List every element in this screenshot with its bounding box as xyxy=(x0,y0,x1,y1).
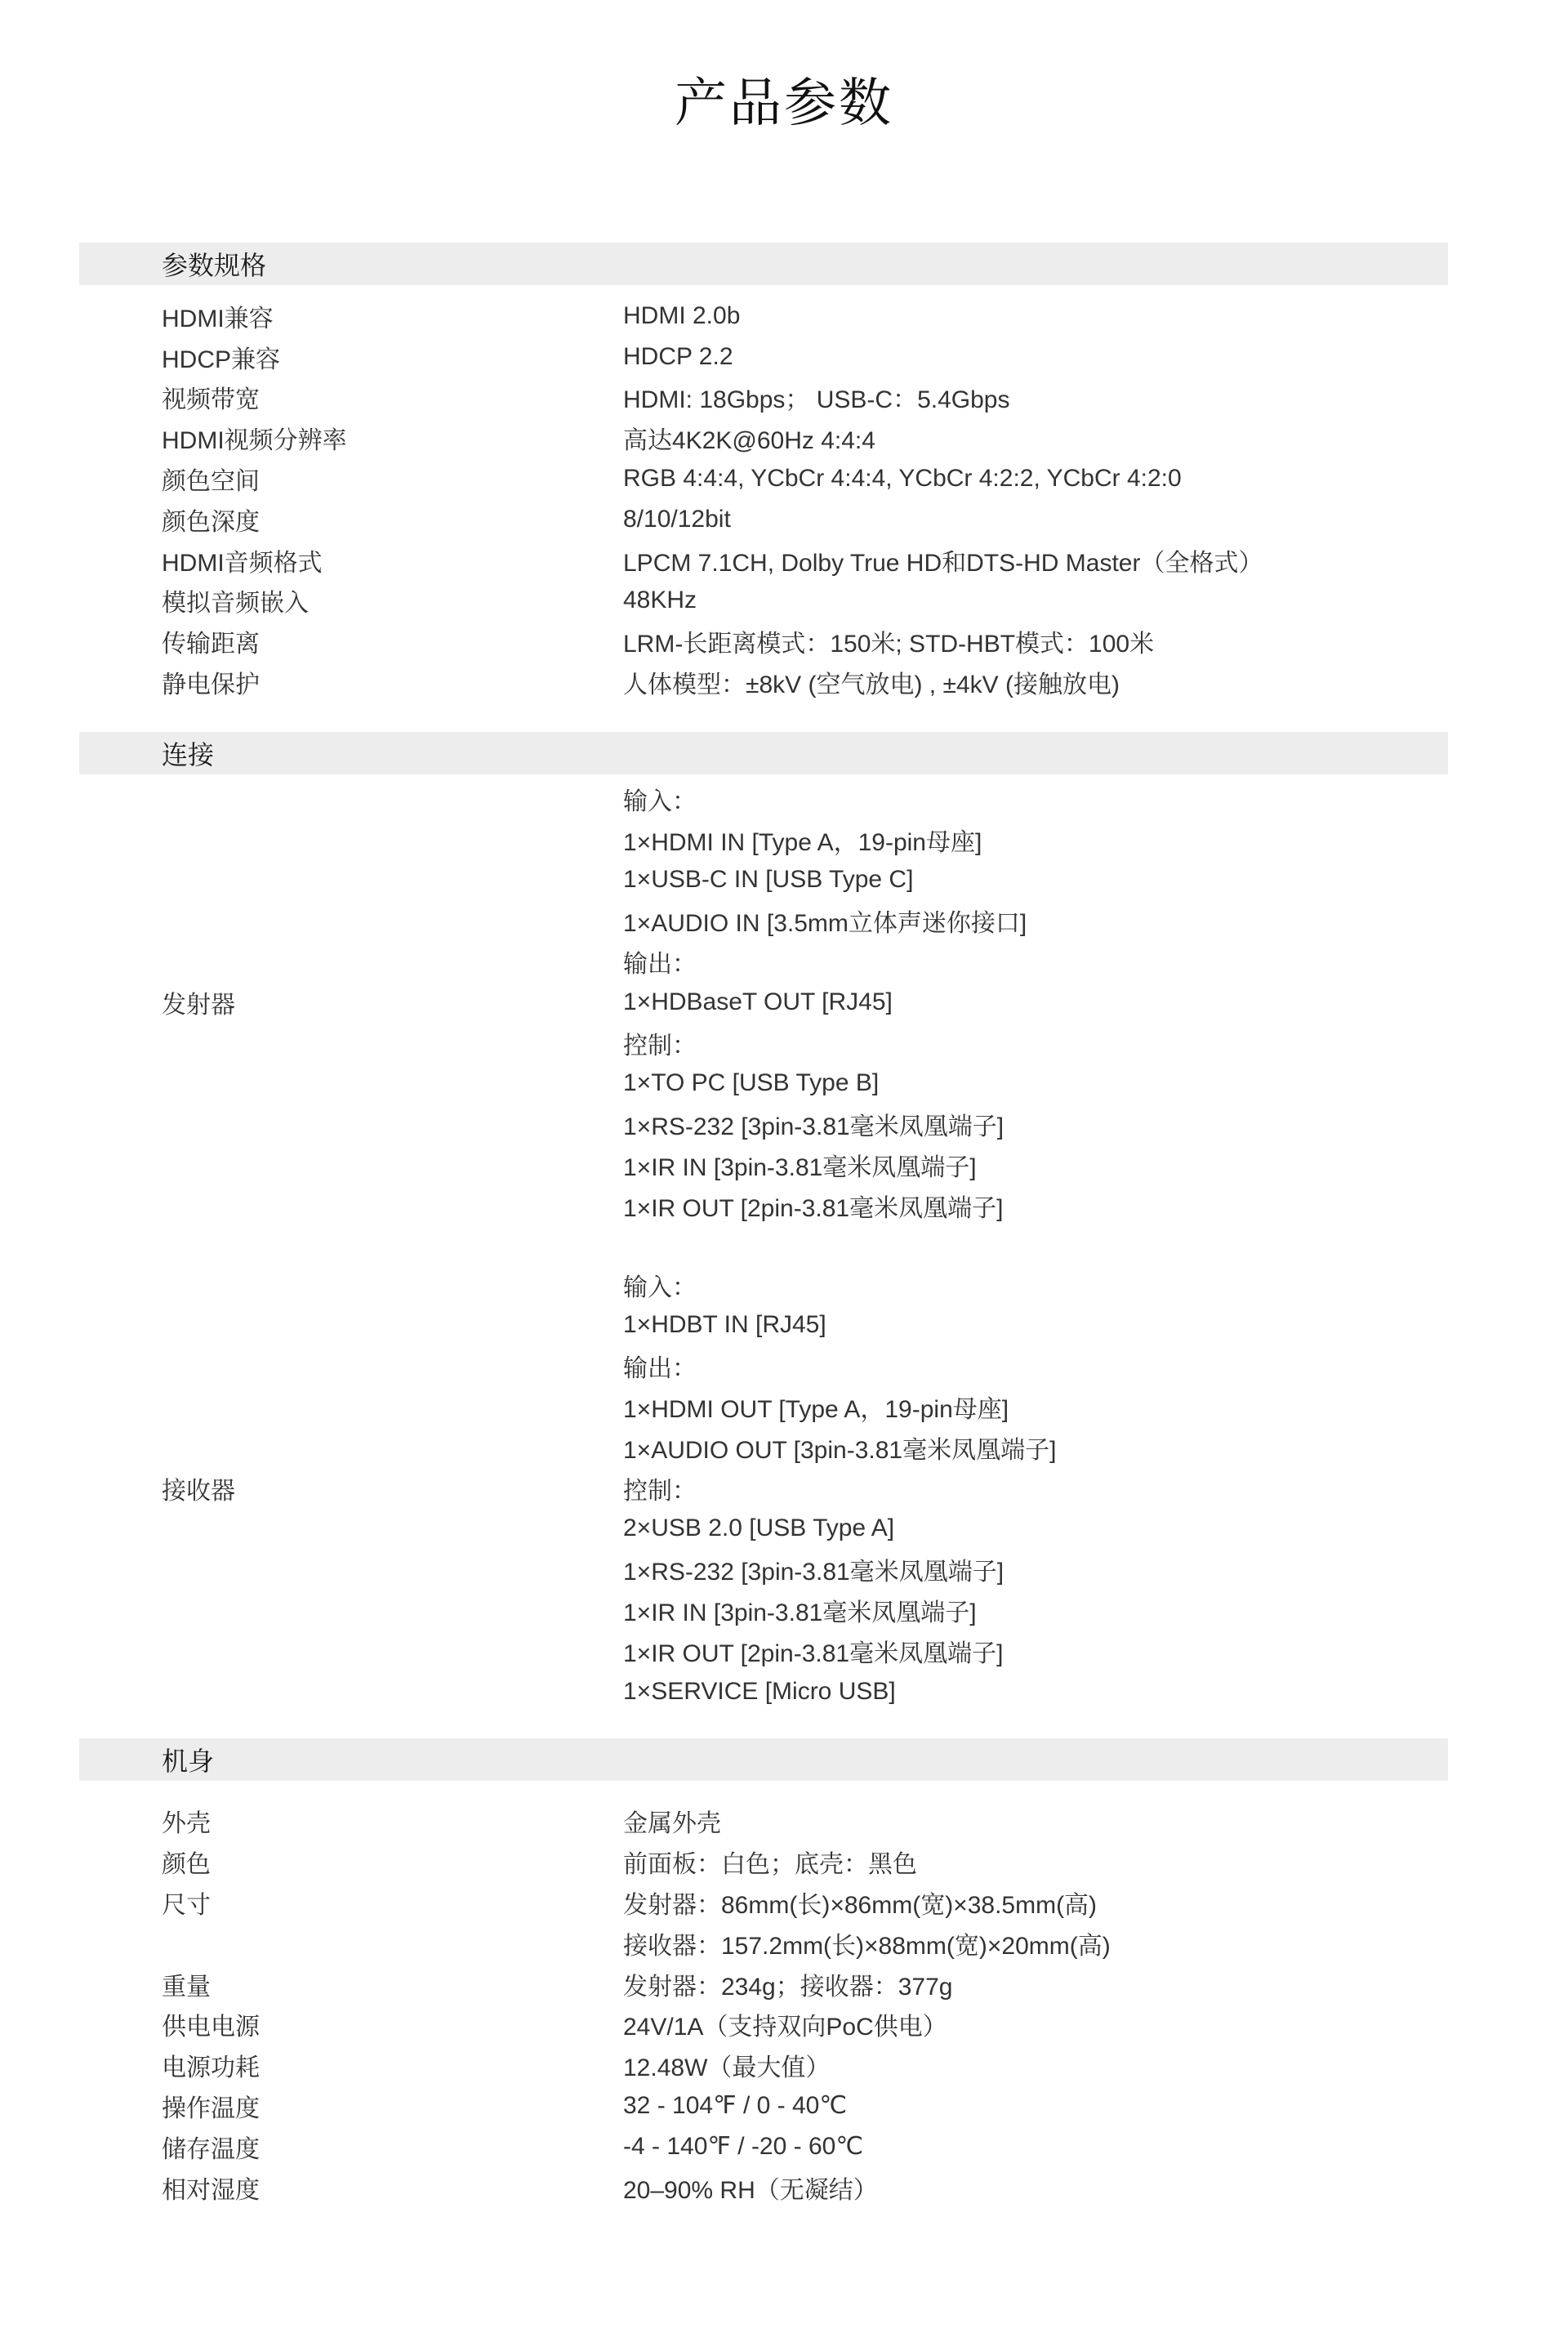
spec-value-group: HDMI: 18Gbps； USB-C：5.4Gbps xyxy=(623,377,1009,418)
spec-value-group: 20–90% RH（无凝结） xyxy=(623,2167,878,2208)
spec-label: 视频带宽 xyxy=(162,377,623,418)
section-header-label: 参数规格 xyxy=(162,245,266,283)
spec-value: HDMI 2.0b xyxy=(623,296,740,337)
spec-row: 尺寸 发射器：86mm(长)×86mm(宽)×38.5mm(高)接收器：157.… xyxy=(79,1882,1448,1964)
conn-item: 1×HDBT IN [RJ45] xyxy=(623,1305,1056,1346)
conn-item: 1×HDMI OUT [Type A，19-pin母座] xyxy=(623,1386,1056,1427)
spec-label: 外壳 xyxy=(162,1801,623,1842)
spec-value: HDCP 2.2 xyxy=(623,337,733,377)
spec-value: 接收器：157.2mm(长)×88mm(宽)×20mm(高) xyxy=(623,1923,1111,1964)
spec-value-group: 24V/1A（支持双向PoC供电） xyxy=(623,2004,947,2045)
product-parameters-page: 产品参数 参数规格 HDMI兼容 HDMI 2.0b HDCP兼容 HDCP 2… xyxy=(0,0,1568,2207)
spec-row: 传输距离 LRM-长距离模式：150米; STD-HBT模式：100米 xyxy=(79,621,1448,662)
conn-item: 输入： xyxy=(623,1265,1056,1305)
conn-item: 1×AUDIO IN [3.5mm立体声迷你接口] xyxy=(623,900,1027,941)
conn-block: 发射器 输入：1×HDMI IN [Type A，19-pin母座]1×USB-… xyxy=(79,778,1448,1226)
spec-value-group: 人体模型：±8kV (空气放电) , ±4kV (接触放电) xyxy=(623,662,1120,703)
conn-item: 控制： xyxy=(623,1023,1027,1064)
conn-item: 2×USB 2.0 [USB Type A] xyxy=(623,1509,1056,1550)
conn-item: 输出： xyxy=(623,941,1027,982)
spec-value: LPCM 7.1CH, Dolby True HD和DTS-HD Master（… xyxy=(623,540,1263,581)
spec-label: 尺寸 xyxy=(162,1882,623,1923)
spec-row: 颜色 前面板：白色；底壳：黑色 xyxy=(79,1841,1448,1882)
spec-row: 储存温度 -4 - 140℉ / -20 - 60℃ xyxy=(79,2126,1448,2167)
spec-label: 传输距离 xyxy=(162,621,623,662)
spec-value-group: 高达4K2K@60Hz 4:4:4 xyxy=(623,417,875,458)
section-header-label: 连接 xyxy=(162,734,214,772)
spec-value-group: 金属外壳 xyxy=(623,1801,721,1842)
spec-row: 颜色空间 RGB 4:4:4, YCbCr 4:4:4, YCbCr 4:2:2… xyxy=(79,458,1448,499)
spec-label: 颜色 xyxy=(162,1841,623,1882)
spec-label: 颜色深度 xyxy=(162,499,623,540)
conn-items: 输入：1×HDBT IN [RJ45]输出：1×HDMI OUT [Type A… xyxy=(623,1265,1056,1712)
spec-value-group: RGB 4:4:4, YCbCr 4:4:4, YCbCr 4:2:2, YCb… xyxy=(623,458,1182,499)
conn-item: 1×RS-232 [3pin-3.81毫米凤凰端子] xyxy=(623,1104,1027,1144)
conn-item: 1×HDBaseT OUT [RJ45] xyxy=(623,982,1027,1023)
spec-value: 发射器：86mm(长)×86mm(宽)×38.5mm(高) xyxy=(623,1882,1111,1923)
spec-value: 32 - 104℉ / 0 - 40℃ xyxy=(623,2086,847,2126)
conn-item: 1×RS-232 [3pin-3.81毫米凤凰端子] xyxy=(623,1549,1056,1590)
spec-value-group: 48KHz xyxy=(623,581,697,622)
spec-row: HDMI视频分辨率 高达4K2K@60Hz 4:4:4 xyxy=(79,417,1448,458)
spec-label: HDMI音频格式 xyxy=(162,540,623,581)
spec-value: 发射器：234g；接收器：377g xyxy=(623,1964,952,2005)
conn-item: 1×IR OUT [2pin-3.81毫米凤凰端子] xyxy=(623,1185,1027,1226)
spec-row: 电源功耗 12.48W（最大值） xyxy=(79,2045,1448,2086)
conn-item: 1×USB-C IN [USB Type C] xyxy=(623,860,1027,901)
spec-value-group: 12.48W（最大值） xyxy=(623,2045,830,2086)
conn-block: 接收器 输入：1×HDBT IN [RJ45]输出：1×HDMI OUT [Ty… xyxy=(79,1265,1448,1712)
spec-row: 操作温度 32 - 104℉ / 0 - 40℃ xyxy=(79,2086,1448,2126)
spec-label: HDMI视频分辨率 xyxy=(162,417,623,458)
specs-rows: HDMI兼容 HDMI 2.0b HDCP兼容 HDCP 2.2 视频带宽 HD… xyxy=(79,285,1448,703)
spec-value-group: -4 - 140℉ / -20 - 60℃ xyxy=(623,2126,863,2167)
spec-row: 相对湿度 20–90% RH（无凝结） xyxy=(79,2167,1448,2208)
conn-block-label: 发射器 xyxy=(162,984,623,1020)
spec-label: HDMI兼容 xyxy=(162,296,623,337)
spec-row: 供电电源 24V/1A（支持双向PoC供电） xyxy=(79,2004,1448,2045)
conn-item: 1×IR OUT [2pin-3.81毫米凤凰端子] xyxy=(623,1631,1056,1671)
spec-value-group: HDCP 2.2 xyxy=(623,337,733,377)
conn-item: 控制： xyxy=(623,1468,1056,1509)
section-header-specs: 参数规格 xyxy=(79,243,1448,285)
spec-label: 储存温度 xyxy=(162,2126,623,2167)
spec-value: LRM-长距离模式：150米; STD-HBT模式：100米 xyxy=(623,621,1154,662)
spec-value: 20–90% RH（无凝结） xyxy=(623,2167,878,2208)
spec-value-group: 发射器：234g；接收器：377g xyxy=(623,1964,952,2005)
spec-value-group: 发射器：86mm(长)×86mm(宽)×38.5mm(高)接收器：157.2mm… xyxy=(623,1882,1111,1964)
spec-value: 8/10/12bit xyxy=(623,499,731,540)
chassis-rows: 外壳 金属外壳 颜色 前面板：白色；底壳：黑色 尺寸 发射器：86mm(长)×8… xyxy=(79,1781,1448,2208)
spec-label: 电源功耗 xyxy=(162,2045,623,2086)
spec-row: HDMI兼容 HDMI 2.0b xyxy=(79,296,1448,337)
spec-row: 重量 发射器：234g；接收器：377g xyxy=(79,1964,1448,2005)
spec-value: 24V/1A（支持双向PoC供电） xyxy=(623,2004,947,2045)
spec-label: 重量 xyxy=(162,1964,623,2005)
conn-items: 输入：1×HDMI IN [Type A，19-pin母座]1×USB-C IN… xyxy=(623,778,1027,1226)
spec-row: HDCP兼容 HDCP 2.2 xyxy=(79,337,1448,377)
spec-value-group: LRM-长距离模式：150米; STD-HBT模式：100米 xyxy=(623,621,1154,662)
section-connections: 连接 发射器 输入：1×HDMI IN [Type A，19-pin母座]1×U… xyxy=(79,732,1448,1712)
spec-value: 金属外壳 xyxy=(623,1801,721,1842)
spec-row: HDMI音频格式 LPCM 7.1CH, Dolby True HD和DTS-H… xyxy=(79,540,1448,581)
spec-value: HDMI: 18Gbps； USB-C：5.4Gbps xyxy=(623,377,1009,418)
spec-value-group: HDMI 2.0b xyxy=(623,296,740,337)
spec-value-group: 前面板：白色；底壳：黑色 xyxy=(623,1841,917,1882)
connection-blocks: 发射器 输入：1×HDMI IN [Type A，19-pin母座]1×USB-… xyxy=(79,774,1448,1712)
conn-item: 1×IR IN [3pin-3.81毫米凤凰端子] xyxy=(623,1590,1056,1631)
spec-content: 参数规格 HDMI兼容 HDMI 2.0b HDCP兼容 HDCP 2.2 视频… xyxy=(79,243,1448,2207)
spec-value-group: 8/10/12bit xyxy=(623,499,731,540)
spec-value: -4 - 140℉ / -20 - 60℃ xyxy=(623,2126,863,2167)
section-header-connections: 连接 xyxy=(79,732,1448,774)
spec-value: 12.48W（最大值） xyxy=(623,2045,830,2086)
spec-label: 相对湿度 xyxy=(162,2167,623,2208)
conn-item: 1×TO PC [USB Type B] xyxy=(623,1064,1027,1104)
spec-value: RGB 4:4:4, YCbCr 4:4:4, YCbCr 4:2:2, YCb… xyxy=(623,458,1182,499)
spec-label: 操作温度 xyxy=(162,2086,623,2126)
spec-value: 前面板：白色；底壳：黑色 xyxy=(623,1841,917,1882)
section-header-chassis: 机身 xyxy=(79,1738,1448,1781)
spec-row: 颜色深度 8/10/12bit xyxy=(79,499,1448,540)
conn-item: 1×AUDIO OUT [3pin-3.81毫米凤凰端子] xyxy=(623,1427,1056,1468)
conn-block-label: 接收器 xyxy=(162,1470,623,1506)
spec-label: 供电电源 xyxy=(162,2004,623,2045)
spec-row: 外壳 金属外壳 xyxy=(79,1801,1448,1842)
section-chassis: 机身 外壳 金属外壳 颜色 前面板：白色；底壳：黑色 尺寸 发射器：86mm(长… xyxy=(79,1738,1448,2208)
spec-label: HDCP兼容 xyxy=(162,337,623,377)
conn-item: 输入： xyxy=(623,778,1027,819)
spec-value: 高达4K2K@60Hz 4:4:4 xyxy=(623,417,875,458)
spec-value-group: LPCM 7.1CH, Dolby True HD和DTS-HD Master（… xyxy=(623,540,1263,581)
spec-value: 人体模型：±8kV (空气放电) , ±4kV (接触放电) xyxy=(623,662,1120,703)
conn-item: 1×SERVICE [Micro USB] xyxy=(623,1671,1056,1712)
spec-label: 模拟音频嵌入 xyxy=(162,581,623,622)
conn-item: 1×IR IN [3pin-3.81毫米凤凰端子] xyxy=(623,1144,1027,1185)
section-header-label: 机身 xyxy=(162,1741,214,1778)
spec-value-group: 32 - 104℉ / 0 - 40℃ xyxy=(623,2086,847,2126)
spec-row: 模拟音频嵌入 48KHz xyxy=(79,581,1448,622)
spec-label: 颜色空间 xyxy=(162,458,623,499)
section-specs: 参数规格 HDMI兼容 HDMI 2.0b HDCP兼容 HDCP 2.2 视频… xyxy=(79,243,1448,703)
page-title: 产品参数 xyxy=(0,0,1568,136)
spec-value: 48KHz xyxy=(623,581,697,622)
spec-row: 静电保护 人体模型：±8kV (空气放电) , ±4kV (接触放电) xyxy=(79,662,1448,703)
conn-item: 输出： xyxy=(623,1345,1056,1386)
spec-row: 视频带宽 HDMI: 18Gbps； USB-C：5.4Gbps xyxy=(79,377,1448,418)
spec-label: 静电保护 xyxy=(162,662,623,703)
conn-item: 1×HDMI IN [Type A，19-pin母座] xyxy=(623,819,1027,860)
